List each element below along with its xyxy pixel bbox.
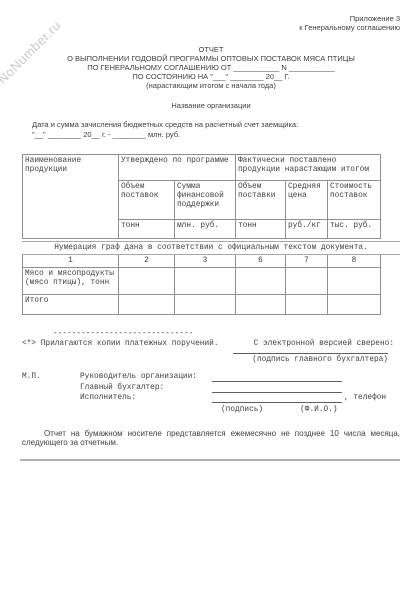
title-line1: ОТЧЕТ bbox=[22, 45, 400, 54]
document-content: Приложение 3 к Генеральному соглашению О… bbox=[22, 0, 400, 461]
title-line2: О ВЫПОЛНЕНИИ ГОДОВОЙ ПРОГРАММЫ ОПТОВЫХ П… bbox=[22, 54, 400, 63]
document-title: ОТЧЕТ О ВЫПОЛНЕНИИ ГОДОВОЙ ПРОГРАММЫ ОПТ… bbox=[22, 45, 400, 90]
table-cell-value bbox=[119, 295, 175, 315]
row-label: Итого bbox=[23, 295, 119, 315]
budget-funds-line2: "__" ________ 20__ г. - ________ млн. ру… bbox=[32, 130, 400, 140]
column-number: 6 bbox=[236, 255, 286, 268]
executor-label: Исполнитель: bbox=[80, 394, 212, 402]
head-of-organization-label: Руководитель организации: bbox=[80, 373, 212, 381]
table-cell-value bbox=[286, 295, 328, 315]
footnote-separator: ------------------------------ bbox=[53, 330, 400, 338]
table-cell-value bbox=[328, 268, 381, 295]
signature-row: Исполнитель: , телефон bbox=[22, 394, 400, 405]
fullname-caption: (Ф.И.О.) bbox=[300, 406, 337, 414]
document-page: NoNumber.ru Приложение 3 к Генеральному … bbox=[0, 0, 420, 600]
report-table-header: Наименование продукции Утверждено по про… bbox=[22, 154, 381, 239]
table-subheader: Сумма финансовой поддержки bbox=[175, 181, 236, 220]
table-header-actual: Фактически поставлено продукции нарастаю… bbox=[236, 155, 381, 181]
table-header-approved: Утверждено по программе bbox=[119, 155, 236, 181]
appendix-header: Приложение 3 к Генеральному соглашению bbox=[22, 14, 400, 32]
signature-caption: (подпись) bbox=[221, 406, 263, 414]
numbering-note: Нумерация граф дана в соответствии с офи… bbox=[22, 241, 400, 255]
head-of-organization-line bbox=[212, 373, 342, 382]
footnote-right: С электронной версией сверено: bbox=[254, 340, 394, 348]
table-cell-value bbox=[286, 268, 328, 295]
column-number: 8 bbox=[328, 255, 381, 268]
title-line5: (нарастающим итогом с начала года) bbox=[22, 81, 400, 90]
column-number: 7 bbox=[286, 255, 328, 268]
signature-block: М.П. Руководитель организации: Главный б… bbox=[22, 373, 400, 414]
appendix-line1: Приложение 3 bbox=[22, 14, 400, 23]
chief-accountant-label: Главный бухгалтер: bbox=[80, 384, 212, 392]
table-subheader: Средняя цена bbox=[286, 181, 328, 220]
table-row: Итого bbox=[23, 295, 381, 315]
footnote-row: <*> Прилагаются копии платежных поручени… bbox=[22, 340, 400, 348]
report-table-body: 1 2 3 6 7 8 Мясо и мясопродукты (мясо пт… bbox=[22, 255, 381, 315]
column-number: 3 bbox=[175, 255, 236, 268]
signature-captions: (подпись) (Ф.И.О.) bbox=[221, 406, 400, 414]
table-cell-value bbox=[175, 295, 236, 315]
chief-accountant-signature-caption: (подпись главного бухгалтера) bbox=[22, 356, 388, 364]
appendix-line2: к Генеральному соглашению bbox=[22, 23, 400, 32]
table-cell-value bbox=[119, 268, 175, 295]
column-number: 2 bbox=[119, 255, 175, 268]
table-row: Мясо и мясопродукты (мясо птицы), тонн bbox=[23, 268, 381, 295]
organization-name-label: Название организации bbox=[22, 101, 400, 110]
table-cell-value bbox=[175, 268, 236, 295]
table-unit: тонн bbox=[236, 220, 286, 239]
row-label: Мясо и мясопродукты (мясо птицы), тонн bbox=[23, 268, 119, 295]
budget-funds-line1: Дата и сумма зачисления бюджетных средст… bbox=[32, 120, 400, 130]
column-number: 1 bbox=[23, 255, 119, 268]
table-subheader: Объем поставки bbox=[236, 181, 286, 220]
table-subheader: Стоимость поставок bbox=[328, 181, 381, 220]
title-line4: ПО СОСТОЯНИЮ НА "___" ________ 20__ Г. bbox=[22, 72, 400, 81]
chief-accountant-signature-line bbox=[233, 353, 388, 354]
budget-funds-paragraph: Дата и сумма зачисления бюджетных средст… bbox=[32, 120, 400, 139]
table-cell-value bbox=[236, 268, 286, 295]
table-subheader: Объем поставок bbox=[119, 181, 175, 220]
stamp-place-label: М.П. bbox=[22, 373, 80, 381]
closing-paragraph: Отчет на бумажном носителе представляетс… bbox=[22, 429, 400, 448]
title-line3: ПО ГЕНЕРАЛЬНОМУ СОГЛАШЕНИЮ ОТ __________… bbox=[22, 63, 400, 72]
bottom-rule bbox=[20, 459, 400, 461]
table-header-product: Наименование продукции bbox=[23, 155, 119, 239]
table-cell-value bbox=[328, 295, 381, 315]
table-unit: млн. руб. bbox=[175, 220, 236, 239]
footnote-left: <*> Прилагаются копии платежных поручени… bbox=[22, 340, 219, 348]
signature-row: Главный бухгалтер: bbox=[22, 384, 400, 395]
table-unit: тонн bbox=[119, 220, 175, 239]
table-cell-value bbox=[236, 295, 286, 315]
telephone-label: , телефон bbox=[344, 394, 386, 402]
table-unit: руб./кг bbox=[286, 220, 328, 239]
table-unit: тыс. руб. bbox=[328, 220, 381, 239]
executor-line bbox=[212, 394, 342, 403]
chief-accountant-line bbox=[212, 384, 342, 393]
signature-row: М.П. Руководитель организации: bbox=[22, 373, 400, 384]
